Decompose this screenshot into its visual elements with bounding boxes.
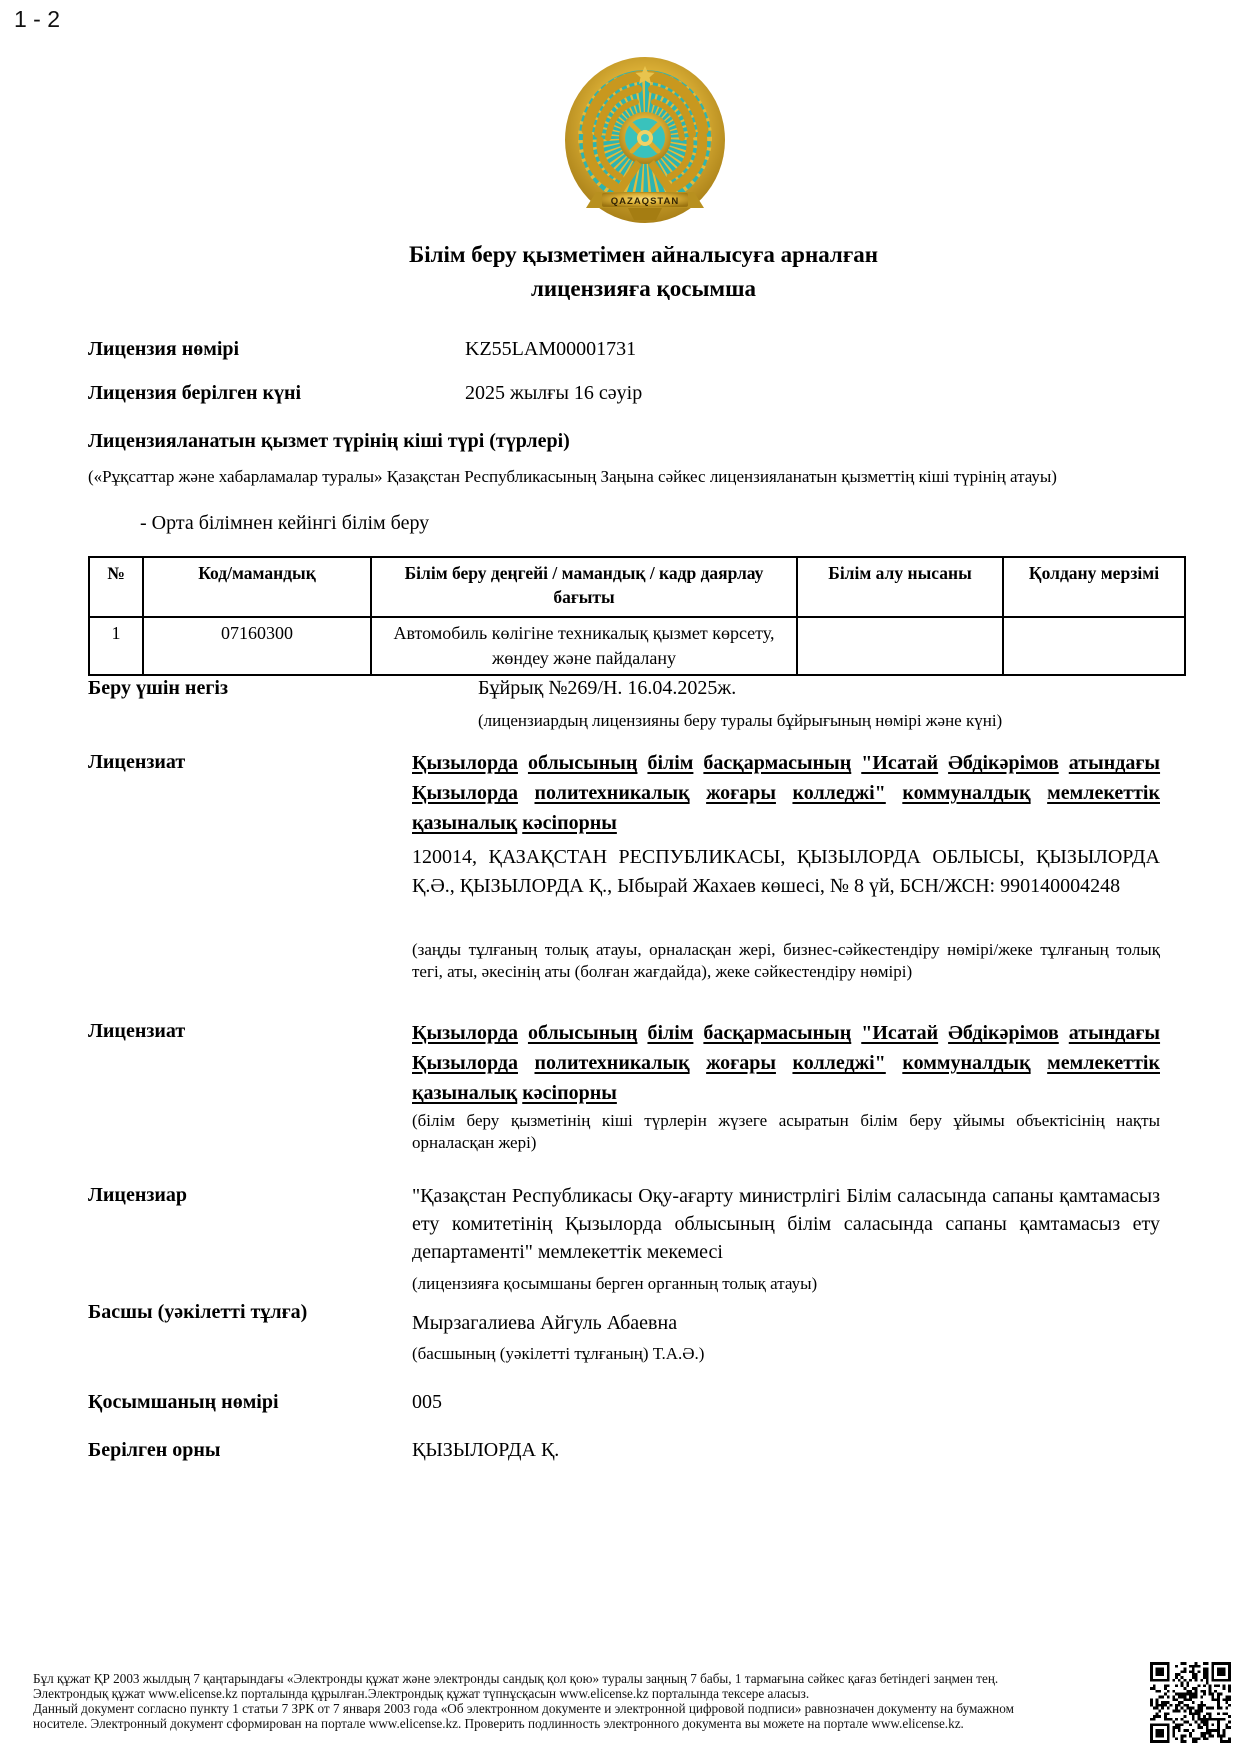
licensor-value: "Қазақстан Республикасы Оқу-ағарту минис… xyxy=(412,1182,1160,1266)
appendix-number-label: Қосымшаның нөмірі xyxy=(88,1391,279,1414)
issue-place-value: ҚЫЗЫЛОРДА Қ. xyxy=(412,1439,559,1462)
legal-footer: Бұл құжат ҚР 2003 жылдың 7 қаңтарындағы … xyxy=(33,1671,1138,1731)
footer-line-1: Бұл құжат ҚР 2003 жылдың 7 қаңтарындағы … xyxy=(33,1671,1138,1686)
table-header-row: № Код/мамандық Білім беру деңгейі / мама… xyxy=(89,557,1185,617)
document-title-line2: лицензияға қосымша xyxy=(46,272,1241,306)
subtype-heading: Лицензияланатын қызмет түрінің кіші түрі… xyxy=(88,430,570,453)
license-appendix-page: 1 - 2 xyxy=(0,0,1241,1754)
kazakhstan-emblem-icon: QAZAQSTAN xyxy=(562,56,728,224)
emblem-banner-text: QAZAQSTAN xyxy=(611,196,679,207)
licensor-label: Лицензиар xyxy=(88,1184,187,1207)
licensee1-note: (заңды тұлғаның толық атауы, орналасқан … xyxy=(412,939,1160,983)
licensee1-address: 120014, ҚАЗАҚСТАН РЕСПУБЛИКАСЫ, ҚЫЗЫЛОРД… xyxy=(412,843,1160,901)
license-subtypes-table: № Код/мамандық Білім беру деңгейі / мама… xyxy=(88,556,1186,676)
col-header-form: Білім алу нысаны xyxy=(797,557,1003,617)
footer-line-3: Данный документ согласно пункту 1 статьи… xyxy=(33,1701,1138,1716)
head-label: Басшы (уәкілетті тұлға) xyxy=(88,1301,307,1324)
col-header-num: № xyxy=(89,557,143,617)
licensee2-note: (білім беру қызметінің кіші түрлерін жүз… xyxy=(412,1110,1160,1154)
licensee2-name: Қызылорда облысының білім басқармасының … xyxy=(412,1018,1160,1108)
emblem-svg: QAZAQSTAN xyxy=(562,56,728,224)
col-header-term: Қолдану мерзімі xyxy=(1003,557,1185,617)
licensee1-name: Қызылорда облысының білім басқармасының … xyxy=(412,748,1160,838)
footer-line-4: носителе. Электронный документ сформиров… xyxy=(33,1716,1138,1731)
col-header-code: Код/мамандық xyxy=(143,557,371,617)
cell-form xyxy=(797,617,1003,675)
issue-place-label: Берілген орны xyxy=(88,1439,220,1462)
table-row: 1 07160300 Автомобиль көлігіне техникалы… xyxy=(89,617,1185,675)
license-number-value: KZ55LAM00001731 xyxy=(465,338,636,361)
qr-code xyxy=(1150,1662,1231,1743)
page-marker: 1 - 2 xyxy=(14,6,60,33)
cell-num: 1 xyxy=(89,617,143,675)
issue-date-label: Лицензия берілген күні xyxy=(88,382,301,405)
head-value: Мырзагалиева Айгуль Абаевна xyxy=(412,1312,677,1335)
basis-label: Беру үшін негіз xyxy=(88,677,228,700)
subtype-note: («Рұқсаттар және хабарламалар туралы» Қа… xyxy=(88,464,1098,490)
license-number-label: Лицензия нөмірі xyxy=(88,338,239,361)
subtype-item: - Орта білімнен кейінгі білім беру xyxy=(140,512,429,535)
head-note: (басшының (уәкілетті тұлғаның) Т.А.Ә.) xyxy=(412,1344,704,1364)
document-title-line1: Білім беру қызметімен айналысуға арналға… xyxy=(46,238,1241,272)
cell-code: 07160300 xyxy=(143,617,371,675)
licensee2-label: Лицензиат xyxy=(88,1020,185,1043)
col-header-level: Білім беру деңгейі / мамандық / кадр дая… xyxy=(371,557,797,617)
cell-term xyxy=(1003,617,1185,675)
appendix-number-value: 005 xyxy=(412,1391,442,1414)
issue-date-value: 2025 жылғы 16 сәуір xyxy=(465,382,642,405)
basis-value: Бұйрық №269/Н. 16.04.2025ж. xyxy=(478,677,736,700)
licensee1-label: Лицензиат xyxy=(88,751,185,774)
document-title: Білім беру қызметімен айналысуға арналға… xyxy=(0,238,1241,306)
cell-level: Автомобиль көлігіне техникалық қызмет кө… xyxy=(371,617,797,675)
licensor-note: (лицензияға қосымшаны берген органның то… xyxy=(412,1274,817,1294)
basis-note: (лицензиардың лицензияны беру туралы бұй… xyxy=(478,711,1002,731)
footer-line-2: Электрондық құжат www.elicense.kz портал… xyxy=(33,1686,1138,1701)
